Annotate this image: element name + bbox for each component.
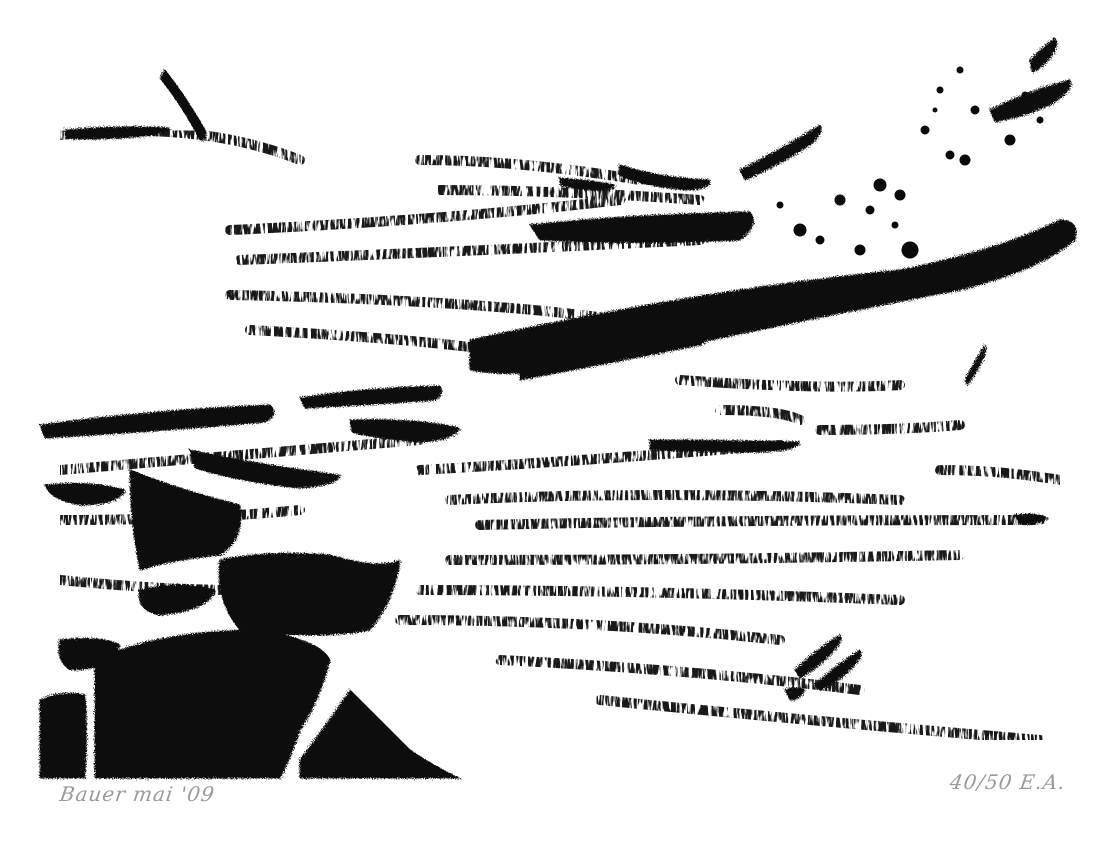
splatter-dots (777, 67, 1043, 258)
ink-layer (40, 38, 1076, 778)
artwork-title-inscription: Bauer mai '09 (58, 782, 216, 806)
dark-mass (40, 450, 460, 778)
ink-print-artwork (0, 0, 1120, 845)
edition-number-inscription: 40/50 E.A. (948, 770, 1067, 794)
